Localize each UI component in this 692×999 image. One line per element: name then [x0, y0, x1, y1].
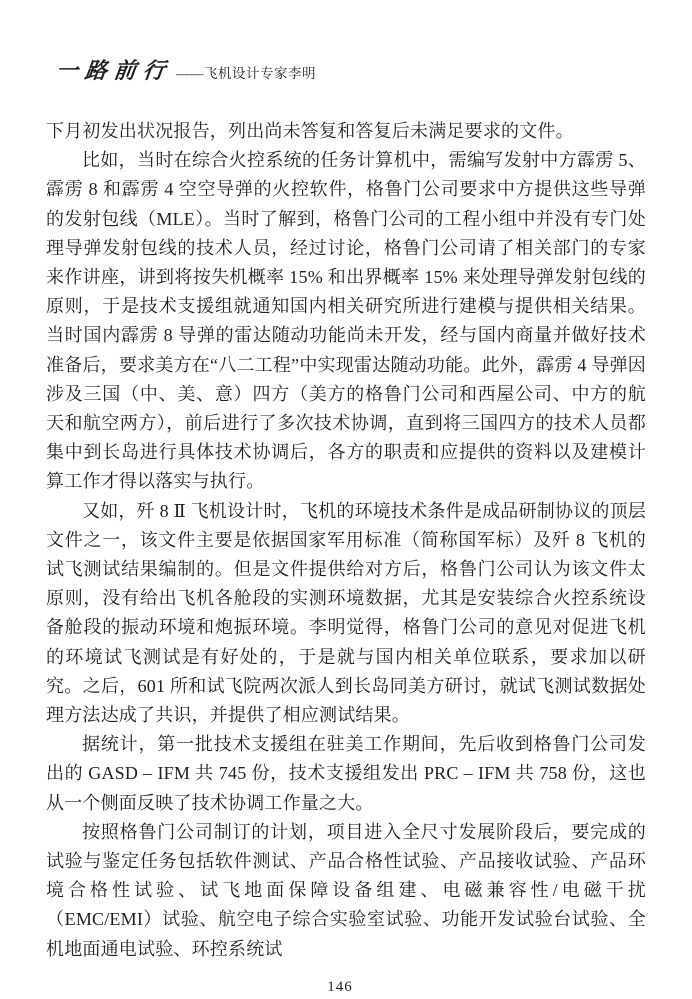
paragraph: 按照格鲁门公司制订的计划，项目进入全尺寸发展阶段后，要完成的试验与鉴定任务包括软…	[46, 818, 646, 964]
book-title-calligraphy: 一路前行	[54, 54, 174, 85]
page-number: 146	[327, 979, 353, 996]
running-header: 一路前行 ——飞机设计专家李明	[56, 54, 646, 80]
paragraph: 据统计，第一批技术支援组在驻美工作期间，先后收到格鲁门公司发出的 GASD – …	[46, 730, 646, 818]
paragraph: 比如，当时在综合火控系统的任务计算机中，需编写发射中方霹雳 5、霹雳 8 和霹雳…	[46, 146, 646, 496]
book-page: 一路前行 ——飞机设计专家李明 下月初发出状况报告，列出尚未答复和答复后未满足要…	[0, 0, 692, 999]
book-subtitle: ——飞机设计专家李明	[176, 62, 316, 82]
page-footer: 146	[46, 978, 646, 996]
paragraph: 又如，歼 8 Ⅱ 飞机设计时，飞机的环境技术条件是成品研制协议的顶层文件之一，该…	[46, 497, 646, 731]
paragraph-continuation: 下月初发出状况报告，列出尚未答复和答复后未满足要求的文件。	[46, 117, 646, 146]
page-body: 下月初发出状况报告，列出尚未答复和答复后未满足要求的文件。 比如，当时在综合火控…	[46, 117, 646, 964]
